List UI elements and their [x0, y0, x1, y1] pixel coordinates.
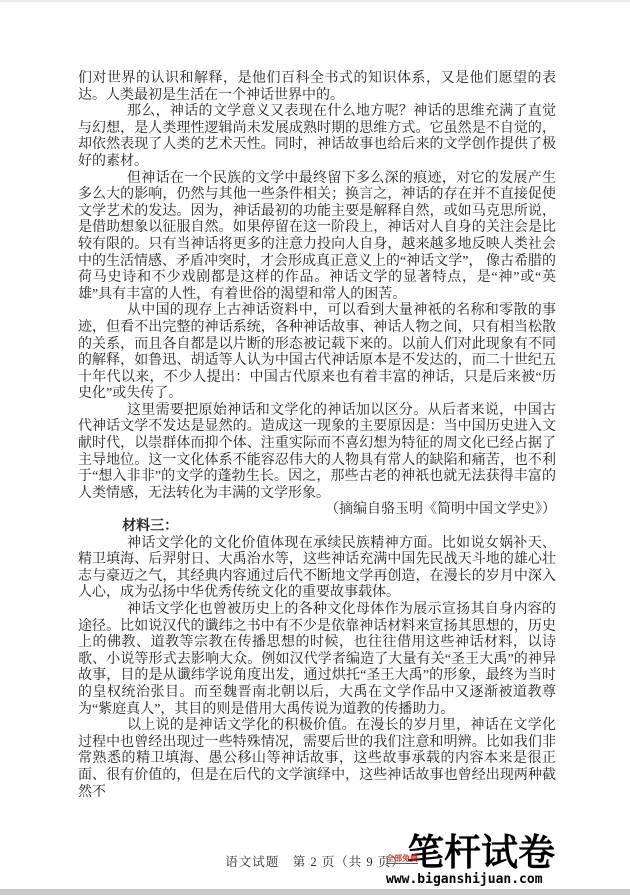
paragraph: 那么，神话的文学意义又表现在什么地方呢？神话的思维充满了直觉与幻想，是人类理性逻… — [78, 104, 556, 170]
watermark-url-text: www.biganshijuan.com — [386, 873, 558, 887]
paragraph: 但神话在一个民族的文学中最终留下多么深的痕迹，对它的发展产生多么大的影响，仍然与… — [78, 171, 556, 304]
paragraph: 以上说的是神话文学化的积极价值。在漫长的岁月里，神话在文学化过程中也曾经出现过一… — [78, 718, 556, 801]
page-number-label: 语文试题 第 2 页（共 9 页） — [225, 855, 405, 869]
document-body: 们对世界的认识和解释，是他们百科全书式的知识体系，又是他们愿望的表达。人类最初是… — [78, 71, 556, 801]
biganshijuan-watermark: 笔杆试卷 全部免费 www.biganshijuan.com — [386, 833, 558, 887]
paragraph-continuation: 们对世界的认识和解释，是他们百科全书式的知识体系，又是他们愿望的表达。人类最初是… — [78, 71, 556, 104]
source-attribution: （摘编自骆玉明《简明中国文学史》） — [78, 502, 556, 519]
scan-bottom-edge — [0, 889, 630, 895]
paragraph: 神话文学化也曾被历史上的各种文化母体作为展示宣扬其自身内容的途径。比如说汉代的谶… — [78, 602, 556, 718]
material-3-heading: 材料三： — [78, 519, 556, 536]
watermark-free-badge: 全部免费 — [386, 854, 418, 864]
paragraph: 从中国的现存上古神话资料中，可以看到大量神祇的名称和零散的事迹，但看不出完整的神… — [78, 303, 556, 403]
watermark-brand-text: 笔杆试卷 — [407, 833, 558, 873]
paragraph: 神话文学化的文化价值体现在承续民族精神方面。比如说女娲补天、精卫填海、后羿射日、… — [78, 536, 556, 602]
paragraph: 这里需要把原始神话和文学化的神话加以区分。从后者来说，中国古代神话文学不发达是显… — [78, 403, 556, 503]
page-top-edge — [0, 0, 630, 2]
